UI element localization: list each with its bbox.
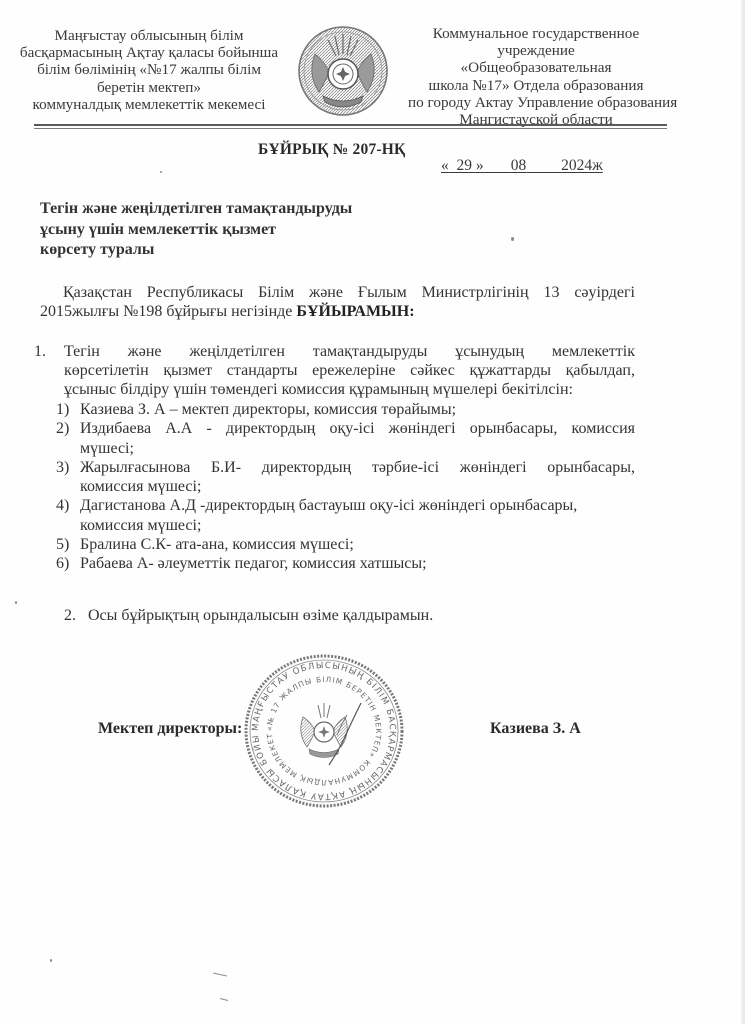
preamble-basis: 2015жылғы №198 бұйрығы негізінде [40, 303, 296, 320]
member-number: 3) [56, 458, 69, 477]
subject-line: ұсыну үшін мемлекеттік қызмет [40, 220, 352, 241]
order-subject: Тегін және жеңілдетілген тамақтандыруды … [40, 199, 352, 261]
member-text: Издибаева А.А - директордың оқу-ісі жөні… [80, 419, 635, 438]
member-text: комиссия мүшесі; [80, 477, 635, 496]
order-item-2: 2.Осы бұйрықтың орындалысын өзіме қалдыр… [64, 607, 433, 625]
header-kz-line: басқармасының Ақтау қаласы бойынша [14, 44, 284, 61]
list-item: 2) Издибаева А.А - директордың оқу-ісі ж… [56, 419, 635, 458]
preamble: Қазақстан Республикасы Білім және Ғылым … [40, 283, 635, 321]
item-number: 1. [34, 342, 46, 361]
header-ru-line: «Общеобразовательная [408, 59, 664, 76]
preamble-line-2: 2015жылғы №198 бұйрығы негізінде БҰЙЫРАМ… [40, 302, 635, 321]
member-text: Жарылғасынова Б.И- директордың тәрбие-іс… [80, 458, 635, 477]
member-number: 2) [56, 419, 69, 438]
preamble-order-word: БҰЙЫРАМЫН: [296, 303, 414, 320]
list-item: 5) Бралина С.К- ата-ана, комиссия мүшесі… [56, 535, 635, 554]
header-kazakh-institution: Маңғыстау облысының білім басқармасының … [14, 27, 284, 113]
preamble-line-1: Қазақстан Республикасы Білім және Ғылым … [40, 283, 635, 302]
signature-label: Мектеп директоры: [98, 720, 242, 738]
list-item: 3) Жарылғасынова Б.И- директордың тәрбие… [56, 458, 635, 497]
scan-edge [741, 0, 745, 1024]
header-ru-line: по городу Актау Управление образования [408, 94, 664, 111]
signatory-name: Казиева З. А [490, 720, 581, 738]
official-seal-icon: МАҢҒЫСТАУ ОБЛЫСЫНЫҢ БІЛІМ БАСҚАРМАСЫНЫҢ … [243, 653, 405, 809]
state-emblem-icon [295, 24, 391, 118]
item-line: көрсетілетін қызмет стандарты ережелерін… [64, 361, 635, 380]
header-ru-line: учреждение [408, 42, 664, 59]
date-close-quote: » [476, 157, 484, 174]
header-ru-line: Коммунальное государственное [408, 25, 664, 42]
date-month: 08 [511, 157, 527, 174]
scan-speck [15, 601, 17, 604]
commission-members-list: 1) Казиева З. А – мектеп директоры, коми… [56, 400, 635, 574]
header-russian-institution: Коммунальное государственное учреждение … [408, 25, 664, 128]
list-item: 4) Дагистанова А.Д -директордың бастауыш… [56, 496, 635, 535]
header-kz-line: коммуналдық мемлекеттік мекемесі [14, 96, 284, 113]
member-number: 4) [56, 496, 69, 515]
header-kz-line: білім бөлімінің «№17 жалпы білім [14, 61, 284, 78]
item-line: ұсыныс білдіру үшін төмендегі комиссия қ… [64, 380, 635, 399]
item-text: Осы бұйрықтың орындалысын өзіме қалдырам… [88, 607, 433, 624]
item-number: 2. [64, 607, 76, 624]
list-item: 1) Казиева З. А – мектеп директоры, коми… [56, 400, 635, 419]
date-year: 2024ж [561, 157, 603, 174]
member-text: мүшесі; [80, 439, 635, 458]
header-kz-line: Маңғыстау облысының білім [14, 27, 284, 44]
member-number: 1) [56, 400, 69, 419]
list-item: 6) Рабаева А- әлеуметтік педагог, комисс… [56, 554, 635, 573]
order-item-1: 1. Тегін және жеңілдетілген тамақтандыру… [64, 342, 635, 399]
member-text: Бралина С.К- ата-ана, комиссия мүшесі; [80, 535, 635, 554]
header-divider [34, 124, 667, 126]
subject-line: көрсету туралы [40, 240, 352, 261]
member-number: 5) [56, 535, 69, 554]
member-text: Дагистанова А.Д -директордың бастауыш оқ… [80, 496, 635, 515]
member-text: Казиева З. А – мектеп директоры, комисси… [80, 400, 635, 419]
item-line: Тегін және жеңілдетілген тамақтандыруды … [64, 342, 635, 361]
header-ru-line: школа №17» Отдела образования [408, 77, 664, 94]
date-day: 29 [457, 157, 473, 174]
member-number: 6) [56, 554, 69, 573]
order-title: БҰЙРЫҚ № 207-НҚ [258, 141, 405, 159]
header-kz-line: беретін мектеп» [14, 79, 284, 96]
scan-speck [511, 237, 514, 241]
member-text: комиссия мүшесі; [80, 516, 635, 535]
scan-speck [50, 959, 52, 962]
date-open-quote: « [441, 157, 449, 174]
header-divider-thin [34, 128, 667, 129]
document-page: Маңғыстау облысының білім басқармасының … [0, 0, 745, 1024]
member-text: Рабаева А- әлеуметтік педагог, комиссия … [80, 554, 635, 573]
scan-speck [160, 171, 162, 173]
scan-speck [220, 998, 228, 1001]
scan-speck [213, 973, 227, 977]
order-date: « 29 » 08 2024ж [441, 157, 603, 175]
subject-line: Тегін және жеңілдетілген тамақтандыруды [40, 199, 352, 220]
